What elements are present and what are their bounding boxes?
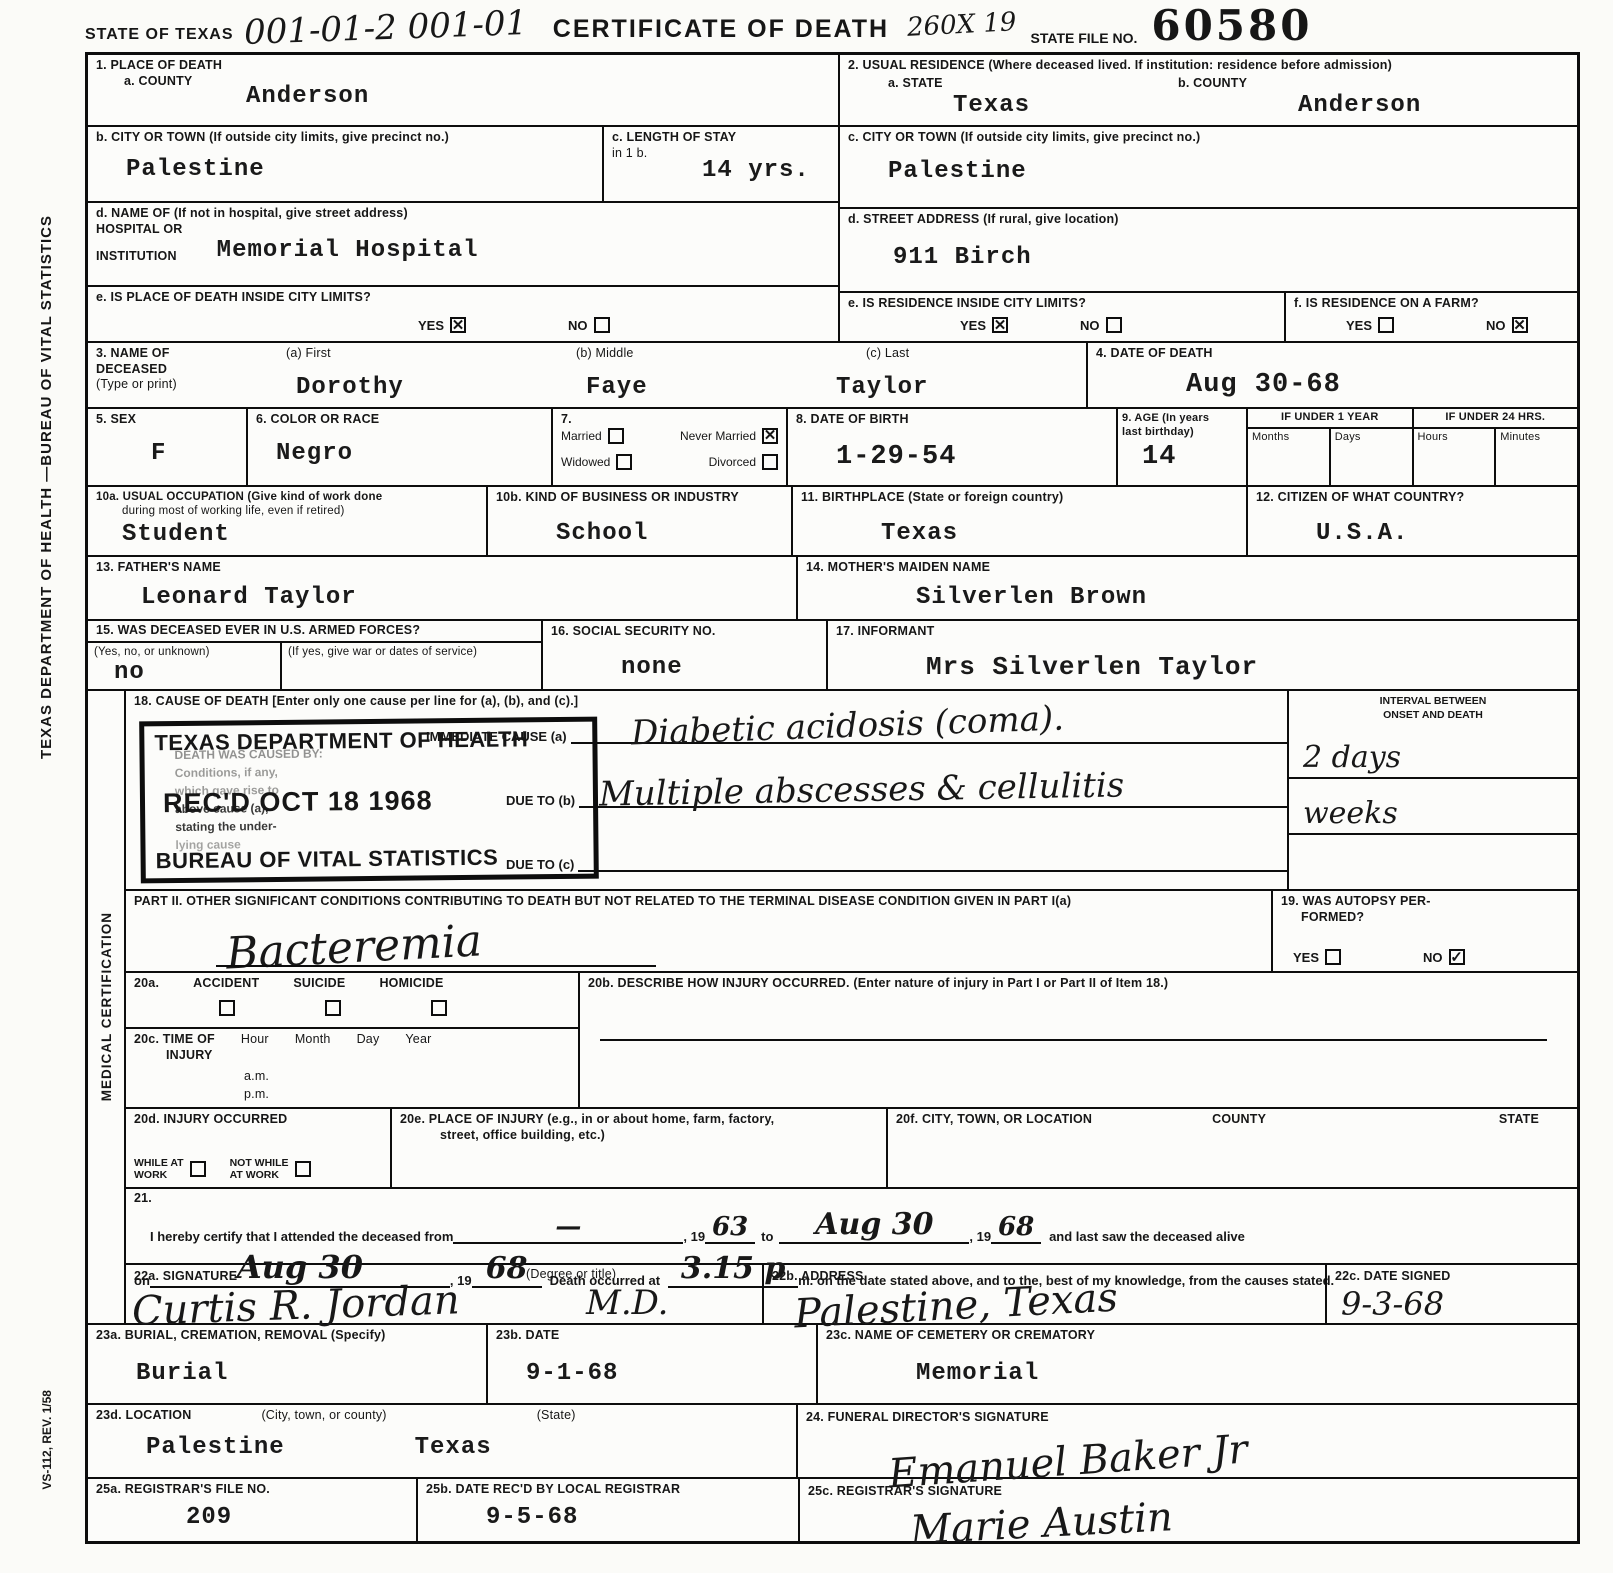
describe-injury-label: 20b. DESCRIBE HOW INJURY OCCURRED. (Ente… xyxy=(588,976,1569,992)
age-label2: last birthday) xyxy=(1122,426,1242,440)
section-physician-address: 22b. ADDRESS Palestine, Texas xyxy=(764,1265,1327,1323)
location-city-label: (City, town, or county) xyxy=(261,1408,386,1424)
residence-state-value: Texas xyxy=(953,92,1178,119)
row-name-dod: 3. NAME OF DECEASED (Type or print) (a) … xyxy=(88,343,1577,409)
row-sex-race-age: 5. SEX F 6. COLOR OR RACE Negro 7. Marri… xyxy=(88,409,1577,487)
while-at-work-checkbox xyxy=(190,1161,206,1177)
section-certification: 21. I hereby certify that I attended the… xyxy=(126,1189,1577,1265)
certify-text2: and last saw the deceased alive xyxy=(1049,1229,1245,1244)
immediate-cause-line: IMMEDIATE CAUSE (a) Diabetic acidosis (c… xyxy=(426,729,1287,744)
col-20a-20c: 20a. ACCIDENT SUICIDE HOMICIDE xyxy=(126,973,580,1107)
ssn-label: 16. SOCIAL SECURITY NO. xyxy=(551,624,818,640)
divorced-checkbox xyxy=(762,454,778,470)
hospital-label: d. NAME OF (If not in hospital, give str… xyxy=(96,206,830,222)
form-code-text: VS-112, REV. 1/58 xyxy=(40,1390,54,1490)
widowed-checkbox xyxy=(616,454,632,470)
row-injury-bottom: 20d. INJURY OCCURRED WHILE ATWORK NOT WH… xyxy=(126,1109,1577,1189)
last-name-value: Taylor xyxy=(836,374,1078,401)
age-value: 14 xyxy=(1142,442,1242,472)
attended-to-value: Aug 30 xyxy=(815,1207,933,1242)
length-of-stay-value: 14 yrs. xyxy=(702,157,830,184)
certify-number: 21. xyxy=(134,1191,1569,1207)
due-to-c-label: DUE TO (c) xyxy=(506,857,574,872)
row-parents: 13. FATHER'S NAME Leonard Taylor 14. MOT… xyxy=(88,557,1577,621)
if-under-24-hrs-label: IF UNDER 24 HRS. xyxy=(1414,409,1578,427)
section-autopsy: 19. WAS AUTOPSY PER- FORMED? YES NO ✓ xyxy=(1273,891,1577,971)
married-checkbox xyxy=(608,428,624,444)
medical-certification-block: MEDICAL CERTIFICATION 18. CAUSE OF DEATH… xyxy=(88,691,1577,1325)
section-armed-forces: 15. WAS DECEASED EVER IN U.S. ARMED FORC… xyxy=(88,621,543,689)
residence-state-label: a. STATE xyxy=(888,76,943,90)
occupation-label1: 10a. USUAL OCCUPATION (Give kind of work… xyxy=(96,490,478,504)
days-label: Days xyxy=(1331,429,1414,485)
funeral-director-label: 24. FUNERAL DIRECTOR'S SIGNATURE xyxy=(806,1410,1049,1424)
marital-label: 7. xyxy=(561,412,778,428)
suicide-checkbox xyxy=(325,1000,341,1016)
section-physician-signature: 22a. SIGNATURE (Degree or title) Curtis … xyxy=(126,1265,764,1323)
section-usual-residence: 2. USUAL RESIDENCE (Where deceased lived… xyxy=(840,55,1577,341)
hour-label: Hour xyxy=(241,1032,269,1063)
autopsy-yes-checkbox xyxy=(1325,949,1341,965)
while-at-work-label1: WHILE AT xyxy=(134,1157,184,1169)
cemetery-value: Memorial xyxy=(916,1360,1569,1387)
row-place-residence: 1. PLACE OF DEATH a. COUNTY Anderson b. … xyxy=(88,55,1577,343)
name-label3: (Type or print) xyxy=(96,377,246,393)
while-at-work-label2: WORK xyxy=(134,1169,167,1181)
section-registrar-signature: 25c. REGISTRAR'S SIGNATURE Marie Austin xyxy=(800,1479,1577,1541)
row-physician: 22a. SIGNATURE (Degree or title) Curtis … xyxy=(126,1265,1577,1323)
autopsy-no-label: NO xyxy=(1423,950,1443,965)
to-year-value: 68 xyxy=(998,1212,1034,1242)
residence-limits-yes-checkbox: ✕ xyxy=(992,317,1008,333)
burial-date-value: 9-1-68 xyxy=(526,1360,808,1387)
row-burial: 23a. BURIAL, CREMATION, REMOVAL (Specify… xyxy=(88,1325,1577,1405)
location-state-label: (State) xyxy=(537,1408,576,1424)
section-injury-location: 20f. CITY, TOWN, OR LOCATION COUNTY STAT… xyxy=(888,1109,1577,1187)
dob-value: 1-29-54 xyxy=(836,442,1108,472)
date-signed-value: 9-3-68 xyxy=(1341,1285,1444,1323)
underprint-line: DEATH WAS CAUSED BY: xyxy=(174,744,322,764)
not-while-at-work-checkbox xyxy=(295,1161,311,1177)
birthplace-label: 11. BIRTHPLACE (State or foreign country… xyxy=(801,490,1238,506)
injury-county-label: COUNTY xyxy=(1212,1112,1266,1184)
due-to-b-value: Multiple abscesses & cellulitis xyxy=(599,765,1125,814)
death-certificate-scan: TEXAS DEPARTMENT OF HEALTH —BUREAU OF VI… xyxy=(0,0,1613,1573)
address-label: 22b. ADDRESS xyxy=(772,1269,864,1283)
section-cause-of-death: 18. CAUSE OF DEATH [Enter only one cause… xyxy=(126,691,1577,891)
autopsy-label1: 19. WAS AUTOPSY PER- xyxy=(1281,894,1569,910)
date-of-death-value: Aug 30-68 xyxy=(1186,370,1569,400)
section-describe-injury: 20b. DESCRIBE HOW INJURY OCCURRED. (Ente… xyxy=(580,973,1577,1107)
certify-y2: , 19 xyxy=(969,1229,991,1244)
name-label2: DECEASED xyxy=(96,362,246,378)
occupation-value: Student xyxy=(122,521,478,548)
month-label: Month xyxy=(295,1032,331,1063)
street-address-label: d. STREET ADDRESS (If rural, give locati… xyxy=(848,212,1569,228)
section-time-of-injury: 20c. TIME OF INJURY Hour Month Day Year … xyxy=(126,1029,578,1107)
section-ssn: 16. SOCIAL SECURITY NO. none xyxy=(543,621,828,689)
pm-label: p.m. xyxy=(244,1087,570,1103)
date-signed-label: 22c. DATE SIGNED xyxy=(1335,1269,1451,1283)
section-occupation: 10a. USUAL OCCUPATION (Give kind of work… xyxy=(88,487,488,555)
dob-label: 8. DATE OF BIRTH xyxy=(796,412,1108,428)
residence-limits-no-checkbox xyxy=(1106,317,1122,333)
cemetery-label: 23c. NAME OF CEMETERY OR CREMATORY xyxy=(826,1328,1569,1344)
residence-county-label: b. COUNTY xyxy=(1178,76,1247,90)
registrar-file-value: 209 xyxy=(186,1504,408,1531)
year-label: Year xyxy=(405,1032,431,1063)
section-date-of-death: 4. DATE OF DEATH Aug 30-68 xyxy=(1088,343,1577,407)
registrar-signature-label: 25c. REGISTRAR'S SIGNATURE xyxy=(808,1484,1002,1498)
death-limits-yes-label: YES xyxy=(418,318,444,333)
place-of-injury-label1: 20e. PLACE OF INJURY (e.g., in or about … xyxy=(400,1112,878,1128)
interval-header1: INTERVAL BETWEEN xyxy=(1289,691,1577,709)
date-of-death-label: 4. DATE OF DEATH xyxy=(1096,346,1569,362)
interval-column: INTERVAL BETWEEN ONSET AND DEATH 2 days … xyxy=(1289,691,1577,889)
residence-city-limits-label: e. IS RESIDENCE INSIDE CITY LIMITS? xyxy=(848,296,1276,312)
autopsy-no-checkbox: ✓ xyxy=(1449,949,1465,965)
industry-label: 10b. KIND OF BUSINESS OR INDUSTRY xyxy=(496,490,783,506)
accident-checkbox xyxy=(219,1000,235,1016)
farm-yes-checkbox xyxy=(1378,317,1394,333)
state-of-texas-label: STATE OF TEXAS xyxy=(85,26,234,44)
hospital-label2: HOSPITAL OR xyxy=(96,222,830,238)
from-year-value: 63 xyxy=(712,1212,748,1242)
section-registrar-date: 25b. DATE REC'D BY LOCAL REGISTRAR 9-5-6… xyxy=(418,1479,800,1541)
handwritten-district-code: 001-01-2 001-01 xyxy=(243,3,527,53)
death-limits-yes-checkbox: ✕ xyxy=(450,317,466,333)
first-name-value: Dorothy xyxy=(296,374,546,401)
if-under-1-year-label: IF UNDER 1 YEAR xyxy=(1248,409,1414,427)
informant-label: 17. INFORMANT xyxy=(836,624,1569,640)
state-file-no-value: 60580 xyxy=(1151,1,1312,50)
due-to-b-label: DUE TO (b) xyxy=(506,793,575,808)
sex-label: 5. SEX xyxy=(96,412,238,428)
underprint-line: lying cause xyxy=(175,834,323,854)
location-city-value: Palestine xyxy=(146,1434,285,1461)
section-place-of-injury: 20e. PLACE OF INJURY (e.g., in or about … xyxy=(392,1109,888,1187)
time-of-injury-label1: 20c. TIME OF xyxy=(134,1032,215,1048)
armed-forces-sub1: (Yes, no, or unknown) xyxy=(94,645,274,659)
father-value: Leonard Taylor xyxy=(141,584,788,611)
medical-certification-gutter: MEDICAL CERTIFICATION xyxy=(88,691,126,1323)
section-injury-occurred: 20d. INJURY OCCURRED WHILE ATWORK NOT WH… xyxy=(126,1109,392,1187)
location-label: 23d. LOCATION xyxy=(96,1408,191,1424)
industry-value: School xyxy=(556,520,783,547)
armed-forces-label: 15. WAS DECEASED EVER IN U.S. ARMED FORC… xyxy=(88,621,541,643)
married-label: Married xyxy=(561,429,602,443)
armed-forces-value: no xyxy=(114,659,274,686)
armed-forces-sub2: (If yes, give war or dates of service) xyxy=(288,645,535,659)
street-address-value: 911 Birch xyxy=(893,244,1569,271)
section-father: 13. FATHER'S NAME Leonard Taylor xyxy=(88,557,798,619)
middle-name-value: Faye xyxy=(586,374,806,401)
row-part2-autopsy: PART II. OTHER SIGNIFICANT CONDITIONS CO… xyxy=(126,891,1577,973)
registrar-signature-value: Marie Austin xyxy=(909,1494,1174,1554)
underprint-line: which gave rise to xyxy=(175,780,323,800)
residence-farm-label: f. IS RESIDENCE ON A FARM? xyxy=(1294,296,1569,312)
injury-occurred-label: 20d. INJURY OCCURRED xyxy=(134,1112,382,1128)
not-while-at-work-label1: NOT WHILE xyxy=(230,1157,289,1169)
immediate-cause-label: IMMEDIATE CAUSE (a) xyxy=(426,729,567,744)
residence-city-label: c. CITY OR TOWN (If outside city limits,… xyxy=(848,130,1569,146)
informant-value: Mrs Silverlen Taylor xyxy=(926,652,1569,682)
cause-of-death-label: 18. CAUSE OF DEATH [Enter only one cause… xyxy=(126,691,1287,713)
certificate-title: CERTIFICATE OF DEATH xyxy=(553,15,889,44)
attended-from-value: — xyxy=(555,1212,581,1242)
injury-state-label: STATE xyxy=(1499,1112,1539,1184)
race-label: 6. COLOR OR RACE xyxy=(256,412,543,428)
farm-no-label: NO xyxy=(1486,318,1506,333)
left-margin-agency-text: TEXAS DEPARTMENT OF HEALTH —BUREAU OF VI… xyxy=(38,215,55,759)
row-forces-ssn-informant: 15. WAS DECEASED EVER IN U.S. ARMED FORC… xyxy=(88,621,1577,691)
last-name-label: (c) Last xyxy=(866,346,1078,362)
section-age: 9. AGE (In years last birthday) 14 xyxy=(1118,409,1248,485)
interval-b-value: weeks xyxy=(1303,796,1398,831)
mother-value: Silverlen Brown xyxy=(916,584,1569,611)
section-color-or-race: 6. COLOR OR RACE Negro xyxy=(248,409,553,485)
mother-label: 14. MOTHER'S MAIDEN NAME xyxy=(806,560,1569,576)
section-place-of-death: 1. PLACE OF DEATH a. COUNTY Anderson b. … xyxy=(88,55,840,341)
location-state-value: Texas xyxy=(415,1434,492,1461)
underprint-line: Conditions, if any, xyxy=(175,762,323,782)
handwritten-note: 260X 19 xyxy=(906,7,1017,43)
interval-a-value: 2 days xyxy=(1303,740,1401,775)
section-burial-location: 23d. LOCATION (City, town, or county) (S… xyxy=(88,1405,798,1477)
certify-to: to xyxy=(761,1229,773,1244)
burial-label: 23a. BURIAL, CREMATION, REMOVAL (Specify… xyxy=(96,1328,478,1344)
hospital-label3: INSTITUTION xyxy=(96,249,177,265)
time-of-injury-label2: INJURY xyxy=(166,1048,215,1064)
farm-no-checkbox: ✕ xyxy=(1512,317,1528,333)
stamp-underprint: DEATH WAS CAUSED BY: Conditions, if any,… xyxy=(174,744,323,854)
county-value: Anderson xyxy=(246,83,830,110)
burial-date-label: 23b. DATE xyxy=(496,1328,808,1344)
row-registrar: 25a. REGISTRAR'S FILE NO. 209 25b. DATE … xyxy=(88,1479,1577,1541)
registrar-file-label: 25a. REGISTRAR'S FILE NO. xyxy=(96,1482,408,1498)
section-informant: 17. INFORMANT Mrs Silverlen Taylor xyxy=(828,621,1577,689)
never-married-label: Never Married xyxy=(680,429,756,443)
residence-limits-no-label: NO xyxy=(1080,318,1100,333)
burial-value: Burial xyxy=(136,1360,478,1387)
section-name-of-deceased: 3. NAME OF DECEASED (Type or print) (a) … xyxy=(88,343,1088,407)
section-accident-suicide-homicide: 20a. ACCIDENT SUICIDE HOMICIDE xyxy=(126,973,578,1029)
due-to-c-line: DUE TO (c) xyxy=(506,857,1287,872)
section-part2: PART II. OTHER SIGNIFICANT CONDITIONS CO… xyxy=(126,891,1273,971)
due-to-b-line: DUE TO (b) Multiple abscesses & cellulit… xyxy=(506,793,1287,808)
section-cemetery: 23c. NAME OF CEMETERY OR CREMATORY Memor… xyxy=(818,1325,1577,1403)
underprint-line: stating the under- xyxy=(175,816,323,836)
section-birthplace: 11. BIRTHPLACE (State or foreign country… xyxy=(793,487,1248,555)
section-registrar-file: 25a. REGISTRAR'S FILE NO. 209 xyxy=(88,1479,418,1541)
hours-label: Hours xyxy=(1414,429,1497,485)
citizen-value: U.S.A. xyxy=(1316,520,1569,547)
age-label1: 9. AGE (In years xyxy=(1122,412,1242,426)
residence-county-value: Anderson xyxy=(1298,92,1569,119)
row-occupation: 10a. USUAL OCCUPATION (Give kind of work… xyxy=(88,487,1577,557)
autopsy-yes-label: YES xyxy=(1293,950,1319,965)
section-date-signed: 22c. DATE SIGNED 9-3-68 xyxy=(1327,1265,1577,1323)
registrar-date-value: 9-5-68 xyxy=(486,1504,790,1531)
farm-yes-label: YES xyxy=(1346,318,1372,333)
death-limits-no-checkbox xyxy=(594,317,610,333)
race-value: Negro xyxy=(276,440,543,467)
usual-residence-label: 2. USUAL RESIDENCE (Where deceased lived… xyxy=(848,58,1569,74)
section-mother: 14. MOTHER'S MAIDEN NAME Silverlen Brown xyxy=(798,557,1577,619)
autopsy-label2: FORMED? xyxy=(1301,910,1569,926)
homicide-label: HOMICIDE xyxy=(379,976,443,992)
registrar-date-label: 25b. DATE REC'D BY LOCAL REGISTRAR xyxy=(426,1482,790,1498)
first-name-label: (a) First xyxy=(286,346,546,362)
section-burial-date: 23b. DATE 9-1-68 xyxy=(488,1325,818,1403)
section-sex: 5. SEX F xyxy=(88,409,248,485)
certificate-form: 1. PLACE OF DEATH a. COUNTY Anderson b. … xyxy=(85,52,1580,1544)
section-citizen: 12. CITIZEN OF WHAT COUNTRY? U.S.A. xyxy=(1248,487,1577,555)
never-married-checkbox: ✕ xyxy=(762,428,778,444)
divorced-label: Divorced xyxy=(709,455,756,469)
medical-certification-vertical-label: MEDICAL CERTIFICATION xyxy=(99,912,114,1101)
sex-value: F xyxy=(151,440,238,467)
middle-name-label: (b) Middle xyxy=(576,346,806,362)
residence-limits-yes-label: YES xyxy=(960,318,986,333)
part2-value: Bacteremia xyxy=(225,915,483,979)
certify-y1: , 19 xyxy=(683,1229,705,1244)
widowed-label: Widowed xyxy=(561,455,610,469)
degree-label: (Degree or title) xyxy=(526,1267,616,1283)
city-value: Palestine xyxy=(126,156,594,183)
residence-city-value: Palestine xyxy=(888,158,1569,185)
death-city-limits-label: e. IS PLACE OF DEATH INSIDE CITY LIMITS? xyxy=(96,290,830,306)
name-label1: 3. NAME OF xyxy=(96,346,246,362)
minutes-label: Minutes xyxy=(1496,429,1577,485)
section-funeral-director: 24. FUNERAL DIRECTOR'S SIGNATURE Emanuel… xyxy=(798,1405,1577,1477)
months-label: Months xyxy=(1248,429,1331,485)
sec20a-label: 20a. xyxy=(134,976,159,992)
hospital-value: Memorial Hospital xyxy=(217,237,479,264)
day-label: Day xyxy=(357,1032,380,1063)
signature-label: 22a. SIGNATURE xyxy=(134,1269,237,1283)
degree-value: M.D. xyxy=(586,1283,668,1323)
section-burial: 23a. BURIAL, CREMATION, REMOVAL (Specify… xyxy=(88,1325,488,1403)
part2-label: PART II. OTHER SIGNIFICANT CONDITIONS CO… xyxy=(134,894,1263,910)
row-location-director: 23d. LOCATION (City, town, or county) (S… xyxy=(88,1405,1577,1479)
certify-text1: I hereby certify that I attended the dec… xyxy=(150,1229,453,1244)
certificate-header: STATE OF TEXAS 001-01-2 001-01 CERTIFICA… xyxy=(85,0,1585,50)
death-limits-no-label: NO xyxy=(568,318,588,333)
am-label: a.m. xyxy=(244,1069,570,1085)
underprint-line: above cause (a), xyxy=(175,798,323,818)
interval-header2: ONSET AND DEATH xyxy=(1289,709,1577,723)
state-file-no-label: STATE FILE NO. xyxy=(1031,30,1138,46)
section-date-of-birth: 8. DATE OF BIRTH 1-29-54 xyxy=(788,409,1118,485)
not-while-at-work-label2: AT WORK xyxy=(230,1169,279,1181)
suicide-label: SUICIDE xyxy=(293,976,345,992)
length-of-stay-label: c. LENGTH OF STAY xyxy=(612,130,830,146)
homicide-checkbox xyxy=(431,1000,447,1016)
section-industry: 10b. KIND OF BUSINESS OR INDUSTRY School xyxy=(488,487,793,555)
birthplace-value: Texas xyxy=(881,520,1238,547)
father-label: 13. FATHER'S NAME xyxy=(96,560,788,576)
section-marital-status: 7. Married Never Married ✕ Widowed xyxy=(553,409,788,485)
occupation-label2: during most of working life, even if ret… xyxy=(122,504,478,518)
place-of-injury-label2: street, office building, etc.) xyxy=(440,1128,878,1144)
place-of-death-label: 1. PLACE OF DEATH xyxy=(96,58,830,74)
citizen-label: 12. CITIZEN OF WHAT COUNTRY? xyxy=(1256,490,1569,506)
section-if-under: IF UNDER 1 YEAR IF UNDER 24 HRS. Months … xyxy=(1248,409,1577,485)
row-injury-top: 20a. ACCIDENT SUICIDE HOMICIDE xyxy=(126,973,1577,1109)
injury-city-label: 20f. CITY, TOWN, OR LOCATION xyxy=(896,1112,1092,1184)
city-label: b. CITY OR TOWN (If outside city limits,… xyxy=(96,130,594,146)
ssn-value: none xyxy=(621,654,818,681)
